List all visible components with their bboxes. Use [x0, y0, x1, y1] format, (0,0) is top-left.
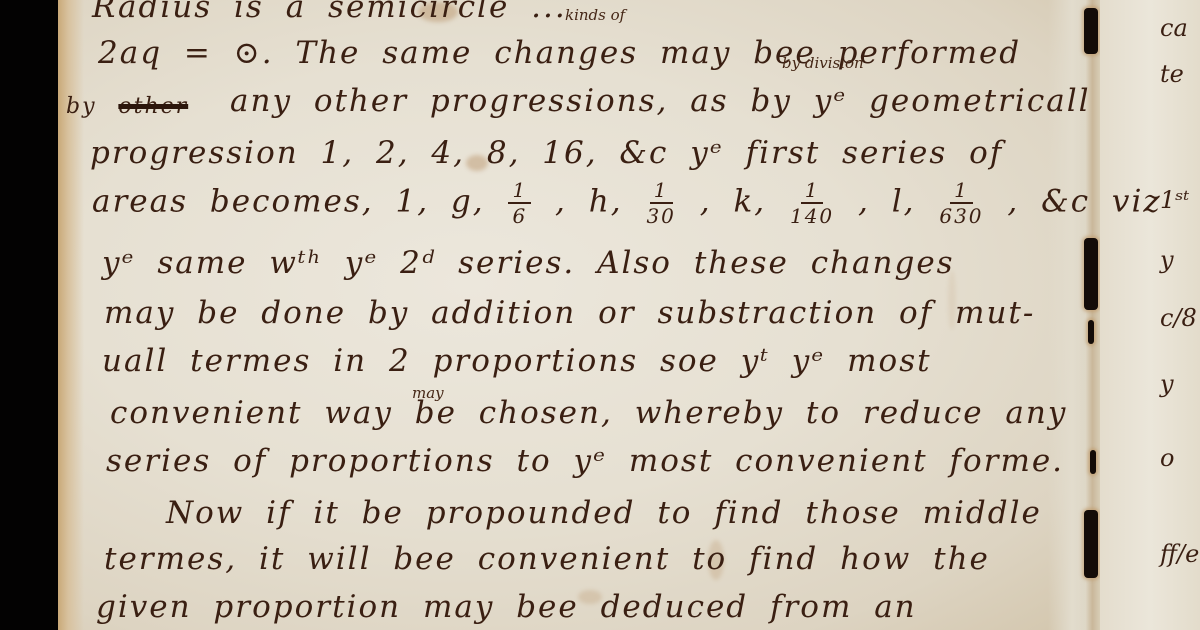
interlinear-insert: by division	[782, 54, 864, 72]
manuscript-photograph: Radius is a semicircle ... kinds of 2aq …	[0, 0, 1200, 630]
facing-page-fragment: ff/ee	[1160, 540, 1200, 568]
facing-page-fragment: ca	[1160, 14, 1188, 42]
line-4-c: , k,	[700, 184, 766, 220]
line-6: may be done by addition or substraction …	[104, 298, 1035, 329]
facing-page-fragment: te	[1160, 60, 1184, 88]
facing-page-fragment: 1ˢᵗ	[1160, 186, 1189, 214]
line-8: convenient way be chosen, whereby to red…	[110, 398, 1067, 429]
line-4: areas becomes, 1, g, 1 6 , h, 1 30 , k, …	[92, 180, 1162, 226]
line-1: 2aq = ⊙. The same changes may bee perfor…	[98, 38, 1021, 69]
facing-page-fragment: o	[1160, 444, 1174, 472]
binding-stitch	[1084, 510, 1098, 578]
dark-background	[0, 0, 60, 630]
facing-page-fragment: c/8	[1160, 304, 1197, 332]
line-3: progression 1, 2, 4, 8, 16, &c yᵉ first …	[90, 138, 1003, 169]
line-2: by other	[66, 88, 188, 119]
line-4-a: areas becomes, 1, g,	[92, 184, 485, 220]
line-4-b: , h,	[555, 184, 623, 220]
fraction: 1 6	[508, 180, 531, 226]
binding-stitch	[1088, 320, 1094, 344]
line-0: Radius is a semicircle ...	[92, 0, 567, 23]
binding-stitch	[1084, 238, 1098, 310]
line-5: yᵉ same wᵗʰ yᵉ 2ᵈ series. Also these cha…	[102, 248, 955, 279]
line-2-body: any other progressions, as by yᵉ geometr…	[230, 86, 1091, 117]
binding-stitch	[1090, 450, 1096, 474]
line-10: Now if it be propounded to find those mi…	[166, 498, 1042, 529]
line-2-prefix: by	[66, 94, 97, 119]
line-4-e: , &c viz	[1007, 184, 1161, 220]
interlinear-insert: kinds of	[565, 6, 625, 24]
fraction: 1 630	[939, 180, 983, 226]
line-4-d: , l,	[858, 184, 915, 220]
line-9: series of proportions to yᵉ most conveni…	[106, 446, 1064, 477]
line-11: termes, it will bee convenient to find h…	[104, 544, 990, 575]
binding-stitch	[1084, 8, 1098, 54]
facing-page-fragment: y	[1160, 246, 1174, 274]
fraction: 1 140	[790, 180, 834, 226]
manuscript-text: Radius is a semicircle ... kinds of 2aq …	[60, 0, 1080, 630]
line-12: given proportion may bee deduced from an	[96, 592, 917, 623]
facing-page-fragment: y	[1160, 370, 1174, 398]
line-7: uall termes in 2 proportions soe yᵗ yᵉ m…	[102, 346, 932, 377]
struck-word: other	[118, 94, 188, 119]
fraction: 1 30	[646, 180, 675, 226]
